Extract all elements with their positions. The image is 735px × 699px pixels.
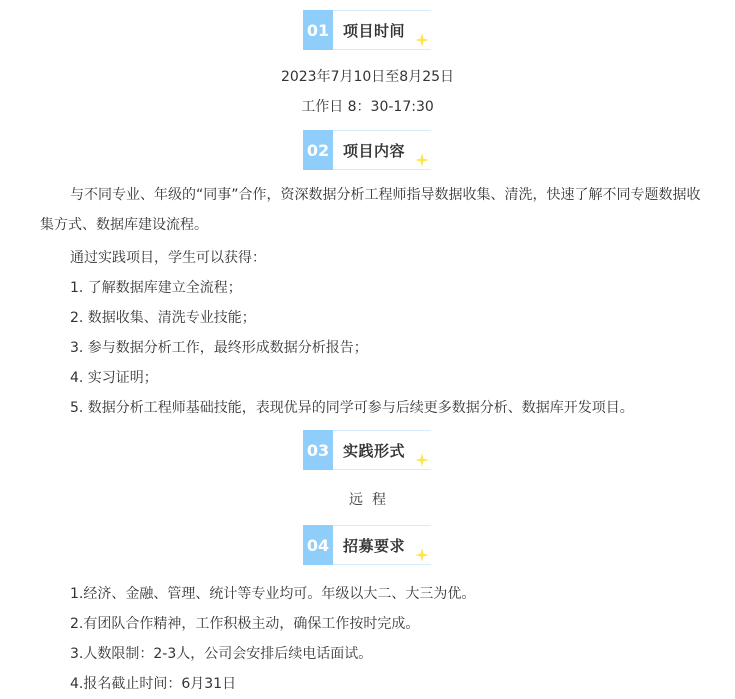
section-header-03: 03 实践形式 [303, 430, 431, 470]
sparkle-star-icon [415, 153, 429, 167]
requirement-item: 3.人数限制：2-3人，公司会安排后续电话面试。 [70, 643, 372, 663]
benefit-item: 5. 数据分析工程师基础技能，表现优异的同学可参与后续更多数据分析、数据库开发项… [70, 397, 634, 417]
sparkle-star-icon [415, 453, 429, 467]
project-intro: 与不同专业、年级的“同事”合作，资深数据分析工程师指导数据收集、清洗，快速了解不… [40, 180, 705, 240]
benefit-item: 3. 参与数据分析工作，最终形成数据分析报告； [70, 337, 368, 357]
benefit-item: 2. 数据收集、清洗专业技能； [70, 307, 256, 327]
section-header-04: 04 招募要求 [303, 525, 431, 565]
benefit-item: 1. 了解数据库建立全流程； [70, 277, 242, 297]
project-hours: 工作日 8：30-17:30 [0, 96, 735, 116]
section-header-01: 01 项目时间 [303, 10, 431, 50]
section-title-box: 招募要求 [333, 525, 431, 565]
sparkle-star-icon [415, 33, 429, 47]
section-title: 招募要求 [343, 535, 405, 556]
section-number: 02 [303, 130, 333, 170]
sparkle-star-icon [415, 548, 429, 562]
requirement-item: 1.经济、金融、管理、统计等专业均可。年级以大二、大三为优。 [70, 583, 475, 603]
project-date: 2023年7月10日至8月25日 [0, 66, 735, 86]
section-title: 项目时间 [343, 20, 405, 41]
section-title: 项目内容 [343, 140, 405, 161]
section-header-02: 02 项目内容 [303, 130, 431, 170]
practice-mode: 远 程 [0, 489, 735, 509]
requirement-item: 2.有团队合作精神，工作积极主动，确保工作按时完成。 [70, 613, 419, 633]
section-title-box: 实践形式 [333, 430, 431, 470]
benefit-item: 4. 实习证明； [70, 367, 158, 387]
section-title-box: 项目时间 [333, 10, 431, 50]
section-number: 01 [303, 10, 333, 50]
section-title-box: 项目内容 [333, 130, 431, 170]
requirement-item: 4.报名截止时间：6月31日 [70, 673, 236, 693]
benefits-subheading: 通过实践项目，学生可以获得： [70, 247, 266, 267]
section-title: 实践形式 [343, 440, 405, 461]
section-number: 03 [303, 430, 333, 470]
section-number: 04 [303, 525, 333, 565]
